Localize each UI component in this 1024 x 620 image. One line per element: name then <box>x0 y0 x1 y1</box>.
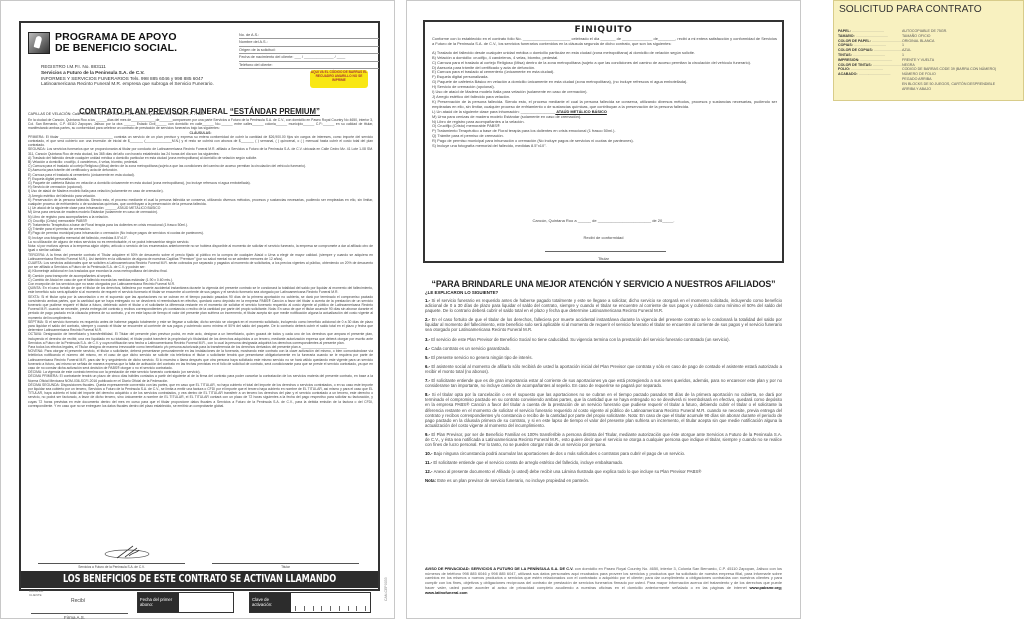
agent-form-fields: No. de A.S.:Nombre del A.S.:Origen de la… <box>239 32 379 69</box>
point-text: El solicitante entiende que es de gran i… <box>425 378 782 388</box>
form-field[interactable]: Fecha de nacimiento del cliente: ___ / _… <box>239 54 379 61</box>
clause-item: OCTAVA: Designación de beneficiario y tr… <box>28 332 373 345</box>
nota-label: Nota: <box>425 478 437 483</box>
clause-item: TERCERA: A la firma del presente contrat… <box>28 253 373 261</box>
afiliados-point: 7.- El solicitante entiende que es de gr… <box>425 378 782 388</box>
spec-row: ARRIBA Y ABAJO <box>838 87 996 92</box>
finiquito-titular-label: Titular <box>425 256 782 261</box>
finiquito-date-line: Cancún, Quintana Roo a ______ de _______… <box>425 218 782 223</box>
point-number: 10.- <box>425 451 434 456</box>
clause-item: CUARTA: Los servicios adicionales que se… <box>28 261 373 269</box>
ataud-label: ATAÚD METÁLICO BÁSICO <box>555 109 607 114</box>
contract-title-text: CONTRATO PLAN PREVISOR FUNERAL <box>79 107 228 116</box>
afiliados-point: 2.- En el caso fortuito de que el titula… <box>425 317 782 332</box>
recibi-label: Recibí <box>71 598 85 604</box>
signature-line-titular <box>212 563 359 564</box>
afiliados-point: 10.- Bajo ninguna circunstancia podrá ac… <box>425 451 782 456</box>
afiliados-point: 8.- Si el titular opta por la cancelació… <box>425 392 782 428</box>
form-field[interactable]: No. de A.S.: <box>239 32 379 39</box>
afiliados-title: “PARA BRINDARLE UNA MEJOR ATENCIÓN Y SER… <box>423 279 784 289</box>
finiquito-service-item: S) Incluye una fotografía memorial del f… <box>432 144 777 149</box>
clause-segunda: SEGUNDA: Los servicios funerarios que se… <box>28 147 373 155</box>
contract-clauses: En la ciudad de Cancún, Quintana Roo a l… <box>28 118 373 408</box>
point-text: El presente servicio no genera ningún ti… <box>431 355 533 360</box>
clause-item: QUINTA: En el caso fortuito de que el ti… <box>28 286 373 294</box>
finiquito-frame: FINIQUITO Conforme con lo establecido en… <box>423 20 784 263</box>
signature-label-titular: Titular <box>212 565 359 569</box>
afiliados-point: 6.- El asistente social al momento de af… <box>425 364 782 374</box>
contract-title: CONTRATO PLAN PREVISOR FUNERAL “ESTÁNDAR… <box>21 107 378 116</box>
form-field[interactable]: Nombre del A.S.: <box>239 39 379 46</box>
finiquito-signature-line <box>545 251 666 252</box>
point-text: Bajo ninguna circunstancia podrá acumula… <box>434 451 686 456</box>
afiliados-points: 1.- Si el servicio funerario es requerid… <box>425 298 782 488</box>
point-text: El servicio de este Plan Previsor de Ben… <box>431 337 730 342</box>
afiliados-point: 5.- El presente servicio no genera ningú… <box>425 355 782 360</box>
copy-label: ORIGINAL CLIENTE <box>29 590 51 597</box>
contract-plan-name: “ESTÁNDAR PREMIUM” <box>230 107 320 116</box>
point-text: Anexo al presente documento el Afiliado … <box>434 469 702 474</box>
first-payment-date-field[interactable]: Fecha del primer abono: <box>137 592 234 613</box>
brand-name: PROGRAMA DE APOYO DE BENEFICIO SOCIAL. <box>55 32 177 54</box>
clause-item: DÉCIMA SEGUNDA: Disposiciones fiscales. … <box>28 383 373 408</box>
company-info-line: Latinoamericana Recinto Funeral M.R. emp… <box>41 81 241 87</box>
first-payment-date-label: Fecha del primer abono: <box>138 593 179 612</box>
pabs-logo-icon <box>28 32 50 54</box>
form-field[interactable]: Origen de la solicitud: <box>239 47 379 54</box>
form-field[interactable]: Teléfono del cliente: <box>239 62 379 69</box>
afiliados-point: 4.- Cada contrato es un servicio garanti… <box>425 346 782 351</box>
clause-item: DÉCIMA PRIMERA: El contratante tendrá un… <box>28 374 373 382</box>
point-text: Si el servicio funerario es requerido an… <box>425 298 782 313</box>
firma-label: Firma A.S. <box>64 615 85 620</box>
point-text: El solicitante entiende que el servicio … <box>433 460 623 465</box>
point-text: En el caso fortuito de que el titular de… <box>425 317 782 332</box>
nota-text: Este es un plan previsor de servicio fun… <box>437 478 589 483</box>
spec-value: ORIGINAL BLANCA <box>902 39 934 44</box>
spec-rows: PAPEL:AUTOCOPIABLE DE 75GR.TAMAÑO:TAMAÑO… <box>838 29 996 91</box>
form-code: CAN-CEP0033 <box>384 577 388 601</box>
firma-line <box>31 613 128 614</box>
barcode-placeholder: AQUI VA EL CÓDIGO DE BARRAS EL RECUADRO … <box>310 70 368 88</box>
activation-key-digit-slots <box>295 606 366 611</box>
company-info: REGISTRO I.M.P.I. No. 883111Servicios a … <box>41 64 241 87</box>
clause-item: SEXTA: Si el titular opta por la cancela… <box>28 295 373 320</box>
point-text: El asistente social al momento de afilia… <box>425 364 782 374</box>
spec-title: SOLICITUD PARA CONTRATO <box>839 4 982 15</box>
finiquito-recibi: Recibí de conformidad <box>425 235 782 240</box>
afiliados-point: 1.- Si el servicio funerario es requerid… <box>425 298 782 313</box>
print-spec-card: SOLICITUD PARA CONTRATO PAPEL:AUTOCOPIAB… <box>833 0 1024 101</box>
signature-icon <box>103 544 153 560</box>
privacy-notice: AVISO DE PRIVACIDAD: SERVICIOS A FUTURO … <box>425 567 782 595</box>
signature-line-company <box>38 563 185 564</box>
point-text: Si el titular opta por la cancelación o … <box>425 392 782 428</box>
clause-item: NOVENA: Para otorgar el presente servici… <box>28 349 373 370</box>
nota: Nota: Este es un plan previsor de servic… <box>425 478 782 483</box>
afiliados-point: 9.- El Plan Previsor, por ser de Benefic… <box>425 432 782 447</box>
clause-item: SÉPTIMA: Si el servicio funerario es req… <box>28 320 373 333</box>
activation-key-field[interactable]: Clave de activación: <box>249 592 371 613</box>
point-number: 12.- <box>425 469 434 474</box>
finiquito-title: FINIQUITO <box>425 25 782 35</box>
brand-line-2: DE BENEFICIO SOCIAL. <box>55 43 177 54</box>
clause-primera: PRIMERA: El titular ____________________… <box>28 135 373 148</box>
contract-intro: En la ciudad de Cancún, Quintana Roo a l… <box>28 118 373 131</box>
contract-front-page: PROGRAMA DE APOYO DE BENEFICIO SOCIAL. R… <box>0 0 395 619</box>
spec-value: ARRIBA Y ABAJO <box>902 87 931 92</box>
clause-item: Nota: si por motivos ajenos a la empresa… <box>28 244 373 252</box>
afiliados-point: 12.- Anexo al presente documento el Afil… <box>425 469 782 474</box>
service-item: K) Preservación de la persona fallecida.… <box>28 198 373 206</box>
activation-banner: LOS BENEFICIOS DE ESTE CONTRATO SE ACTIV… <box>21 571 378 588</box>
point-text: Cada contrato es un servicio garantizado… <box>431 346 510 351</box>
activation-key-label: Clave de activación: <box>250 593 291 612</box>
finiquito-body: Conforme con lo establecido en el contra… <box>432 37 777 149</box>
spec-key: ACABADO: <box>838 72 902 77</box>
contract-frame: PROGRAMA DE APOYO DE BENEFICIO SOCIAL. R… <box>19 21 380 591</box>
finiquito-intro: Conforme con lo establecido en el contra… <box>432 37 777 47</box>
signature-label-company: Servicios a Futuro de la Peninsula S.A. … <box>38 565 185 569</box>
point-text: El Plan Previsor, por ser de Beneficio F… <box>425 432 782 447</box>
afiliados-point: 3.- El servicio de este Plan Previsor de… <box>425 337 782 342</box>
afiliados-subtitle: ¿LE EXPLICARON LO SIGUIENTE? <box>425 290 498 295</box>
afiliados-point: 11.- El solicitante entiende que el serv… <box>425 460 782 465</box>
